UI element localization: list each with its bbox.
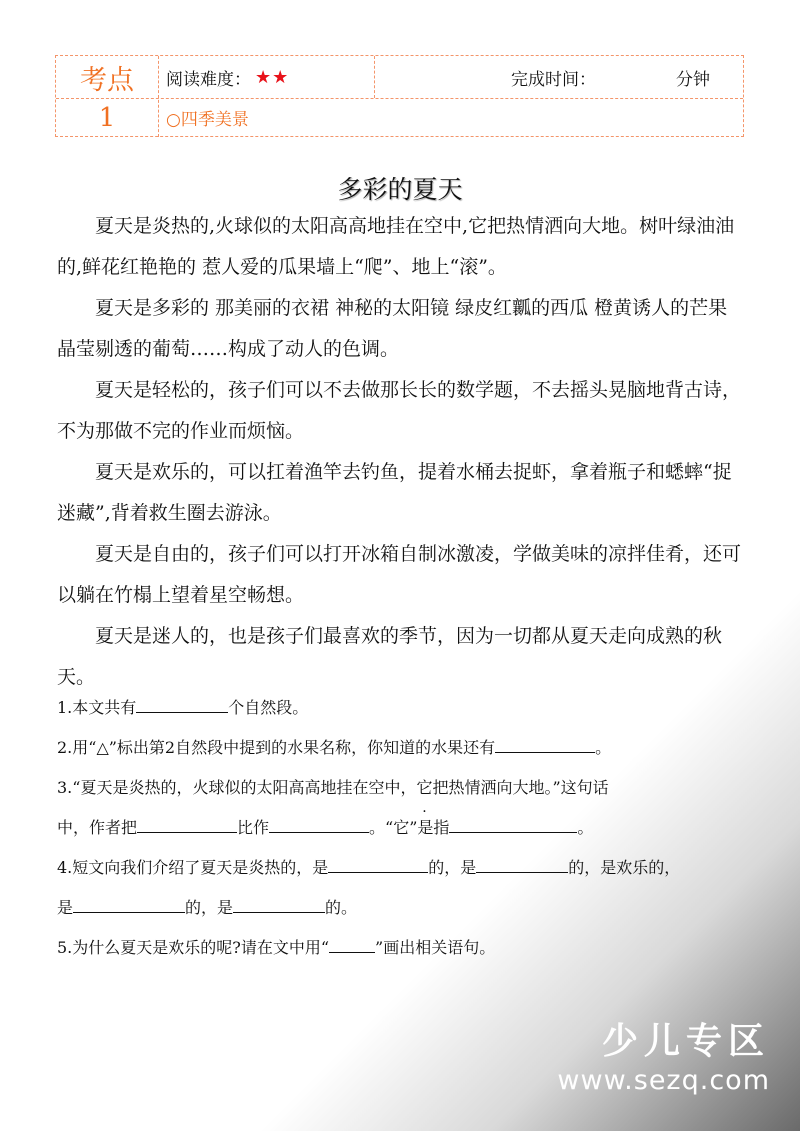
question-text: 比作	[237, 818, 269, 837]
question-text: 中，作者把	[57, 818, 137, 837]
answer-blank[interactable]	[449, 816, 577, 833]
question-text: 。“它”是指	[369, 818, 449, 837]
emphasis-dot-text: 它	[416, 778, 432, 797]
completion-time: 完成时间： 分钟	[511, 56, 710, 98]
answer-blank[interactable]	[476, 856, 568, 873]
difficulty-label: 阅读难度：	[166, 65, 251, 90]
difficulty: 阅读难度： ★★	[166, 56, 289, 98]
question-2: 2.用“△”标出第2自然段中提到的水果名称，你知道的水果还有。	[57, 728, 757, 768]
answer-blank[interactable]	[328, 856, 428, 873]
kaodian-label: 考点	[56, 56, 158, 98]
question-3: 3.“夏天是炎热的，火球似的太阳高高地挂在空中，它把热情洒向大地。”这句话 中，…	[57, 768, 757, 848]
paragraph: 夏天是欢乐的，可以扛着渔竿去钓鱼，提着水桶去捉虾，拿着瓶子和蟋蟀“捉迷藏”,背着…	[57, 452, 745, 534]
time-label: 完成时间：	[511, 65, 596, 90]
question-text: 4.短文向我们介绍了夏天是炎热的，是	[57, 858, 328, 877]
question-text: 3.“夏天是炎热的，火球似的太阳高高地挂在空中，	[57, 778, 416, 797]
question-4: 4.短文向我们介绍了夏天是炎热的，是的，是的，是欢乐的， 是的，是的。	[57, 848, 757, 928]
article-title: 多彩的夏天	[0, 170, 800, 206]
answer-blank[interactable]	[269, 816, 369, 833]
questions: 1.本文共有个自然段。 2.用“△”标出第2自然段中提到的水果名称，你知道的水果…	[57, 688, 757, 968]
question-text: 1.本文共有	[57, 698, 136, 717]
question-text: 的。	[325, 898, 357, 917]
paragraph: 夏天是多彩的 那美丽的衣裙 神秘的太阳镜 绿皮红瓤的西瓜 橙黄诱人的芒果 晶莹剔…	[57, 288, 745, 370]
question-text: 是	[57, 898, 73, 917]
question-text: 5.为什么夏天是欢乐的呢?请在文中用“	[57, 938, 329, 957]
star-icon: ★★	[255, 67, 289, 88]
question-text: 的，是	[428, 858, 476, 877]
question-text: 。	[577, 818, 593, 837]
question-text: 2.用“△”标出第2自然段中提到的水果名称，你知道的水果还有	[57, 738, 495, 757]
watermark-name: 少儿专区	[557, 1020, 770, 1064]
question-text: 个自然段。	[228, 698, 308, 717]
article-body: 夏天是炎热的,火球似的太阳高高地挂在空中,它把热情洒向大地。树叶绿油油的,鲜花红…	[57, 206, 745, 698]
question-text: 的，是欢乐的，	[568, 858, 680, 877]
question-text: 的，是	[185, 898, 233, 917]
kaodian-number: 1	[56, 98, 158, 137]
paragraph: 夏天是轻松的，孩子们可以不去做那长长的数学题，不去摇头晃脑地背古诗，不为那做不完…	[57, 370, 745, 452]
answer-blank[interactable]	[136, 696, 228, 713]
paragraph: 夏天是自由的，孩子们可以打开冰箱自制冰激凌，学做美味的凉拌佳肴，还可以躺在竹榻上…	[57, 534, 745, 616]
time-unit: 分钟	[676, 65, 710, 90]
answer-blank[interactable]	[137, 816, 237, 833]
table-divider-horizontal	[56, 98, 743, 99]
table-divider-vertical	[374, 56, 375, 98]
question-1: 1.本文共有个自然段。	[57, 688, 757, 728]
watermark-url: www.sezq.com	[557, 1064, 770, 1098]
table-divider-vertical	[158, 56, 159, 137]
question-text: 。	[595, 738, 611, 757]
answer-blank[interactable]	[73, 896, 185, 913]
question-text: 把热情洒向大地。”这句话	[432, 778, 608, 797]
answer-blank[interactable]	[495, 736, 595, 753]
topic: ○四季美景	[166, 98, 249, 137]
paragraph: 夏天是炎热的,火球似的太阳高高地挂在空中,它把热情洒向大地。树叶绿油油的,鲜花红…	[57, 206, 745, 288]
answer-blank[interactable]	[233, 896, 325, 913]
header-table: 考点 1 阅读难度： ★★ 完成时间： 分钟 ○四季美景	[55, 55, 744, 137]
question-5: 5.为什么夏天是欢乐的呢?请在文中用“”画出相关语句。	[57, 928, 757, 968]
underline-mark	[329, 936, 375, 953]
question-text: ”画出相关语句。	[375, 938, 495, 957]
paragraph: 夏天是迷人的，也是孩子们最喜欢的季节，因为一切都从夏天走向成熟的秋天。	[57, 616, 745, 698]
watermark-logo: 少儿专区 www.sezq.com	[557, 1020, 770, 1098]
